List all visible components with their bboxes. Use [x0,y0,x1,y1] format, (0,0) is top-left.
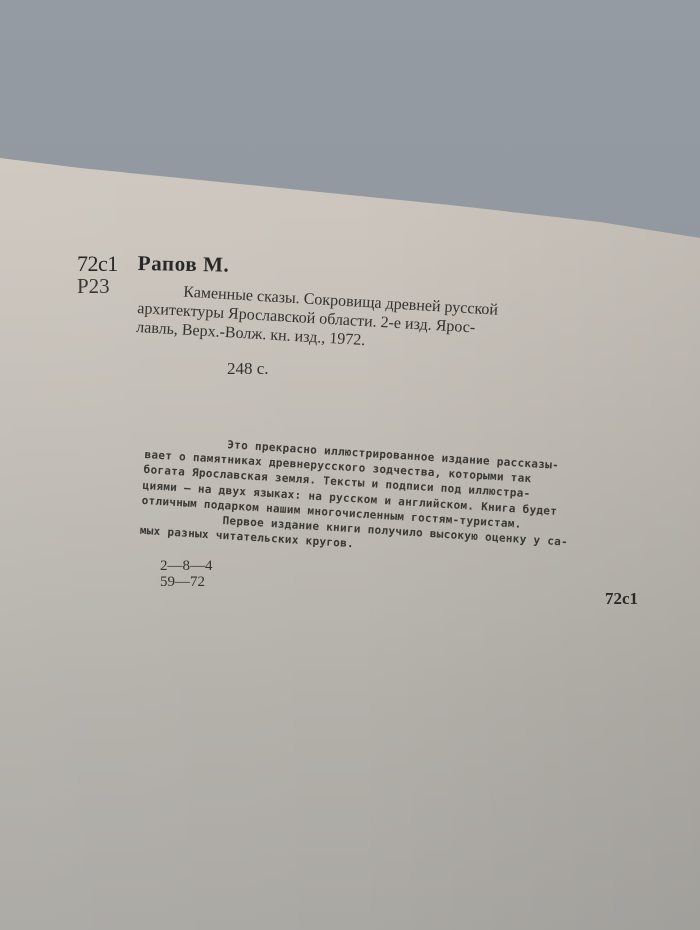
index-code: 2—8—4 59—72 [160,558,213,590]
page-count: 248 с. [227,359,269,379]
author-name: Рапов М. [138,251,230,278]
index-code-line: 59—72 [160,574,213,590]
author-mark: Р23 [77,274,110,299]
index-code-line: 2—8—4 [160,558,213,574]
shelf-mark: 72с1 [605,589,638,609]
